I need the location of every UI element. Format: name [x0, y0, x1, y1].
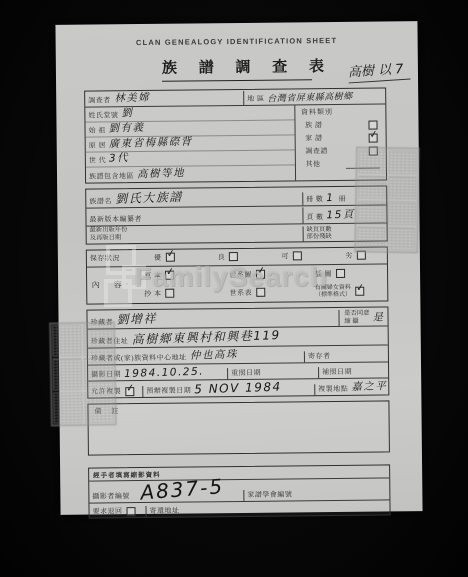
seal-glyph	[52, 325, 82, 357]
checkbox	[229, 252, 238, 261]
content-label: 內 容	[89, 279, 130, 291]
seal-glyph	[358, 150, 386, 174]
field-microfilm-consent: 是否同意縮 攝 是	[338, 309, 387, 326]
generations-label: 世 代	[86, 156, 108, 167]
copy-place-value: 嘉之平	[350, 378, 388, 395]
category-option: 家 譜 ✓	[297, 131, 384, 145]
section-basic-info: 調查者 林美嫦 地 區 台灣省屏東縣高樹鄉 姓氏堂號 劉 始 祖 劉有義	[84, 87, 387, 183]
rephoto-date-label: 重照日期	[227, 367, 315, 379]
surname-value: 劉	[120, 105, 134, 121]
consent-value: 是	[371, 309, 385, 325]
generations-value: 3代	[108, 150, 131, 167]
check-mark: ✓	[369, 129, 379, 141]
addphoto-date-label: 補照日期	[318, 367, 388, 378]
field-investigator: 調查者 林美嫦	[85, 89, 243, 107]
checkbox: ✓	[165, 253, 174, 262]
option-label: 族 譜	[305, 121, 322, 130]
archive-seal-stamp-right	[354, 146, 420, 253]
checkbox: ✓	[165, 271, 174, 280]
check-mark: ✓	[355, 282, 365, 294]
field-book-title: 族譜名 劉氏大族譜	[86, 187, 302, 207]
option-label: 世系圖	[226, 269, 254, 280]
volumes-value: 1	[325, 192, 336, 205]
checkbox: ✓	[369, 133, 378, 142]
consent-label: 是否同意縮 攝	[341, 310, 371, 325]
condition-option: 良	[215, 252, 241, 263]
content-option: 原 本 ✓	[131, 270, 216, 282]
photo-date-value: 1984.10.25.	[123, 366, 205, 382]
checkbox	[293, 251, 302, 260]
pages-label: 頁 數	[303, 212, 325, 223]
area-value: 台灣省屏東縣高樹鄉	[266, 89, 354, 106]
option-label: 劣	[342, 250, 355, 261]
option-label: 優	[151, 252, 164, 263]
seal-glyph	[388, 176, 416, 200]
checkbox	[126, 507, 135, 516]
seal-glyph	[388, 201, 416, 225]
seal-glyph	[53, 358, 83, 390]
check-mark: ✓	[125, 383, 135, 395]
check-mark: ✓	[166, 266, 176, 278]
check-mark: ✓	[256, 265, 266, 277]
check-mark: ✓	[166, 248, 176, 260]
handwritten-annotation: 高樹 以 7	[348, 58, 411, 84]
copy-place-label: 複製地點	[314, 384, 350, 395]
seal-glyph	[358, 175, 386, 199]
section-office-use: 經手者填寫縮影資料 攝影者編號 A837-5 家譜學會編號 要求退回 寄還地址	[88, 464, 391, 518]
genealogy-form-sheet: CLAN GENEALOGY IDENTIFICATION SHEET 族 譜 …	[55, 21, 422, 515]
copy-date-value: 5 NOV 1984	[193, 380, 283, 398]
field-area: 地 區 台灣省屏東縣高樹鄉	[243, 89, 385, 104]
coverage-value: 高樹等地	[136, 165, 186, 183]
condition-option: 優 ✓	[151, 252, 177, 263]
archive-seal-stamp-left	[49, 321, 117, 426]
return-address-label: 寄還地址	[145, 504, 389, 517]
section-custodian: 珍藏者 劉增祥 是否同意縮 攝 是 珍藏者住址 高樹鄉東興村和興巷119 珍藏者…	[86, 306, 389, 398]
book-title-value: 劉氏大族譜	[113, 188, 183, 208]
copy-date-label: 預辦複製日期	[142, 386, 193, 397]
content-option: 世系圖 ✓	[216, 269, 301, 281]
content-label-cell: 內 容	[87, 267, 131, 303]
option-label: 世系表	[227, 287, 255, 298]
content-option: 抄 本	[131, 288, 216, 300]
content-option: 插 圖	[302, 268, 387, 280]
sheet-title-zh: 族 譜 調 查 表	[162, 55, 312, 82]
option-label: 其他	[305, 160, 320, 169]
field-coverage: 族譜包含地區 高樹等地	[86, 165, 295, 182]
checkbox: ✓	[256, 270, 265, 279]
editor-label: 最新版本編纂者	[86, 214, 144, 225]
checkbox	[165, 289, 174, 298]
field-editor: 最新版本編纂者	[86, 205, 302, 225]
ancestor-value: 劉有義	[108, 120, 146, 137]
seal-glyph	[84, 358, 114, 390]
society-number-label: 家譜學會編號	[243, 489, 389, 501]
editor-value	[144, 224, 146, 225]
section-condition-content: 保存狀況 優 ✓ 良 可 劣	[86, 246, 389, 304]
coverage-label: 族譜包含地區	[86, 171, 136, 182]
checkbox	[256, 288, 265, 297]
category-label: 資料類別	[297, 105, 384, 119]
return-request-label: 要求退回	[89, 506, 124, 517]
section-book-info: 族譜名 劉氏大族譜 冊 數 1 冊 最新版本編纂者 頁 數 15頁	[85, 185, 388, 244]
option-label: 調查譜	[305, 147, 328, 156]
microfilm-scan: CLAN GENEALOGY IDENTIFICATION SHEET 族 譜 …	[0, 0, 468, 577]
sheet-title-en: CLAN GENEALOGY IDENTIFICATION SHEET	[56, 35, 418, 48]
seal-glyph	[387, 227, 415, 251]
custodian-value: 劉增祥	[115, 309, 158, 328]
condition-label: 保存狀況	[87, 253, 132, 264]
volumes-label: 冊 數	[303, 194, 325, 205]
condition-option: 可	[278, 251, 304, 262]
section-remarks: 備 註	[87, 400, 390, 455]
seal-glyph	[358, 200, 386, 224]
checkbox	[368, 120, 377, 129]
ancestor-label: 始 祖	[86, 126, 108, 137]
option-label: 插 圖	[312, 269, 334, 280]
origin-label: 原 居	[86, 141, 108, 152]
checkbox: ✓	[355, 287, 364, 296]
film-number-label: 攝影者編號	[89, 491, 132, 502]
missing-pages-label: 缺頁頁數部份殘缺	[303, 226, 333, 241]
investigator-label: 調查者	[85, 96, 113, 107]
record-center-value: 仲也高珠	[188, 346, 238, 364]
seal-glyph	[53, 392, 83, 424]
option-label: 有關婦女資料 （標準格式）	[312, 285, 353, 299]
custodian-address-value: 高樹鄉東興村和興巷119	[130, 326, 281, 349]
seal-glyph	[84, 391, 114, 423]
area-label: 地 區	[244, 94, 266, 105]
seal-glyph	[357, 226, 385, 250]
option-label: 抄 本	[141, 288, 163, 299]
option-label: 可	[278, 251, 291, 262]
content-option: 有關婦女資料 （標準格式） ✓	[302, 285, 387, 299]
seal-glyph	[83, 324, 113, 356]
content-option: 世系表	[217, 287, 302, 299]
seal-glyph	[388, 150, 416, 174]
option-label: 良	[215, 252, 228, 263]
volumes-unit: 冊	[335, 194, 348, 205]
pages-value: 15頁	[325, 206, 356, 223]
checkbox: ✓	[125, 387, 134, 396]
field-edition-date: 最新出版年份及再版日期	[87, 223, 303, 243]
option-label: 家 譜	[305, 134, 322, 143]
checkbox	[336, 269, 345, 278]
edition-label: 最新出版年份及再版日期	[87, 227, 130, 243]
depositor-label: 寄存者	[304, 351, 388, 363]
option-label: 原 本	[141, 270, 163, 281]
book-title-label: 族譜名	[86, 197, 114, 208]
